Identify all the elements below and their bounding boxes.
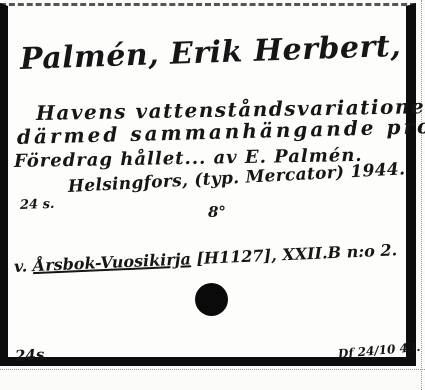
annotation-bottom-left: 24s [15, 345, 45, 365]
series-prefix: v. [14, 256, 34, 276]
scan-edge-line-right [421, 0, 422, 390]
series-title-underlined: Årsbok-Vuosikirja [32, 249, 191, 275]
series-line: v. Årsbok-Vuosikirja [H1127], XXII.B n:o… [14, 240, 398, 276]
series-reference: [H1127], XXII.B n:o 2. [190, 240, 397, 268]
format-note: 8° [208, 203, 226, 221]
scan-edge-line-bottom [0, 369, 425, 370]
punch-hole [195, 283, 228, 316]
scanned-catalog-card-page: Palmén, Erik Herbert, Havens vattenstånd… [0, 0, 425, 390]
annotation-bottom-right: Df 24/10 43. [337, 340, 420, 361]
extent-note: 24 s. [20, 197, 55, 213]
author-heading: Palmén, Erik Herbert, [19, 29, 401, 77]
